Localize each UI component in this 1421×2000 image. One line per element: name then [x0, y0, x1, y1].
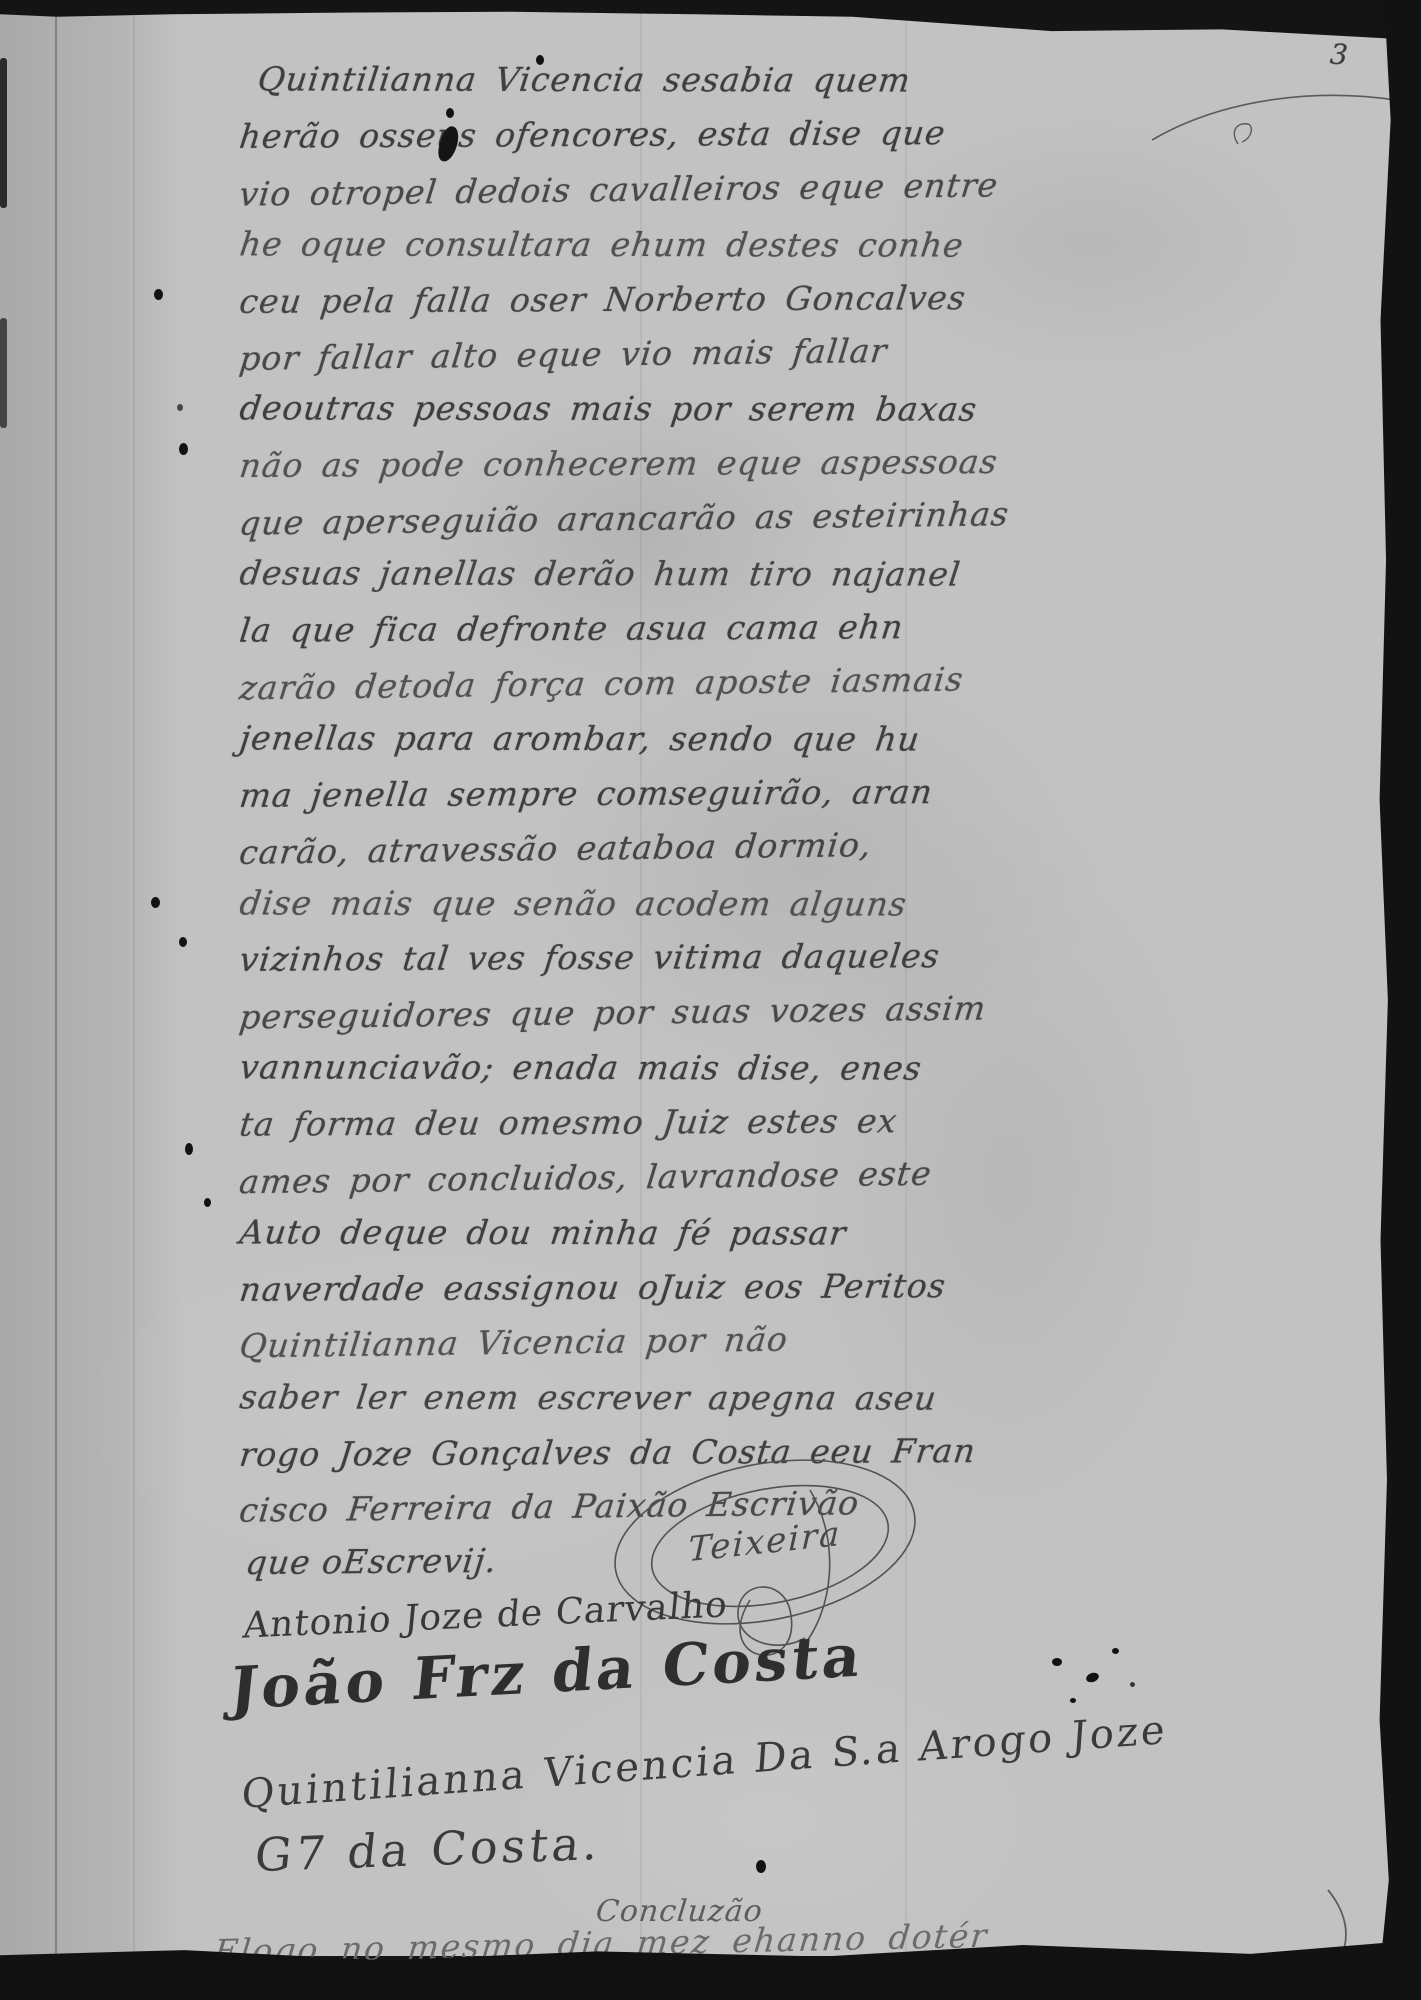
margin-flourish-top-right [1150, 82, 1420, 152]
ink-blot [536, 55, 544, 65]
scan-edge-mark [0, 58, 7, 208]
ink-splatter [1070, 1698, 1076, 1703]
ink-blot [446, 108, 454, 118]
ink-blot [204, 1198, 211, 1207]
manuscript-line: desuas janellas derão hum tiro najanel [238, 553, 963, 593]
manuscript-line: he oque consultara ehum destes conhe [238, 224, 966, 264]
manuscript-line: vio otropel dedois cavalleiros eque entr… [237, 165, 1000, 213]
manuscript-line: deoutras pessoas mais por serem baxas [238, 389, 980, 429]
ink-splatter [1052, 1658, 1062, 1666]
manuscript-line: que aperseguião arancarão as esteirinhas [237, 494, 1011, 542]
manuscript-line: Quintilianna Vicencia sesabia quem [256, 59, 913, 99]
signature-quintilianna: Quintilianna Vicencia Da S.a Arogo Joze [240, 1707, 1169, 1818]
manuscript-line: não as pode conhecerem eque aspessoas [237, 442, 1000, 485]
fold-crease [133, 10, 135, 1956]
ink-blot [179, 937, 187, 947]
manuscript-line: naverdade eassignou oJuiz eos Peritos [237, 1266, 948, 1309]
manuscript-paper: 3 Quintilianna Vicencia sesabia quemherã… [0, 10, 1399, 1956]
manuscript-line: ames por concluidos, lavrandose este [237, 1154, 934, 1201]
ink-blot [756, 1860, 766, 1873]
ink-splatter [1112, 1648, 1119, 1654]
folio-number: 3 [1329, 37, 1349, 71]
ink-splatter [1130, 1682, 1135, 1687]
manuscript-line: perseguidores que por suas vozes assim [237, 989, 988, 1037]
scan-page: 3 Quintilianna Vicencia sesabia quemherã… [0, 0, 1421, 2000]
closing-line: que oEscrevij. [244, 1541, 500, 1582]
manuscript-line: la que fica defronte asua cama ehn [237, 607, 905, 649]
manuscript-line: Auto deque dou minha fé passar [238, 1212, 849, 1252]
gutter-crease [55, 10, 57, 1956]
manuscript-line: dise mais que senão acodem alguns [238, 883, 910, 923]
ink-blot [177, 404, 183, 411]
manuscript-line: Quintilianna Vicencia por não [237, 1319, 790, 1365]
scan-edge-mark [0, 318, 7, 428]
ink-blot [151, 897, 160, 908]
signature-glz-costa: G7 da Costa. [252, 1816, 605, 1882]
manuscript-line: zarão detoda força com aposte iasmais [237, 659, 965, 707]
manuscript-line: ceu pela falla oser Norberto Goncalves [237, 278, 968, 321]
manuscript-line: vannunciavão; enada mais dise, enes [238, 1048, 925, 1088]
manuscript-line: carão, atravessão eataboa dormio, [237, 825, 873, 872]
manuscript-line: ma jenella sempre comseguirão, aran [237, 772, 935, 815]
ink-blot [154, 289, 163, 300]
manuscript-line: saber ler enem escrever apegna aseu [238, 1377, 940, 1417]
manuscript-line: herão osseus ofencores, esta dise que [237, 113, 947, 156]
ink-blot [179, 443, 188, 455]
manuscript-line: por fallar alto eque vio mais fallar [237, 331, 889, 378]
manuscript-line: ta forma deu omesmo Juiz estes ex [238, 1101, 900, 1143]
manuscript-line: vizinhos tal ves fosse vitima daqueles [237, 937, 942, 980]
ink-splatter [1085, 1671, 1100, 1684]
ink-blot [185, 1143, 193, 1155]
manuscript-line: jenellas para arombar, sendo que hu [238, 718, 923, 758]
